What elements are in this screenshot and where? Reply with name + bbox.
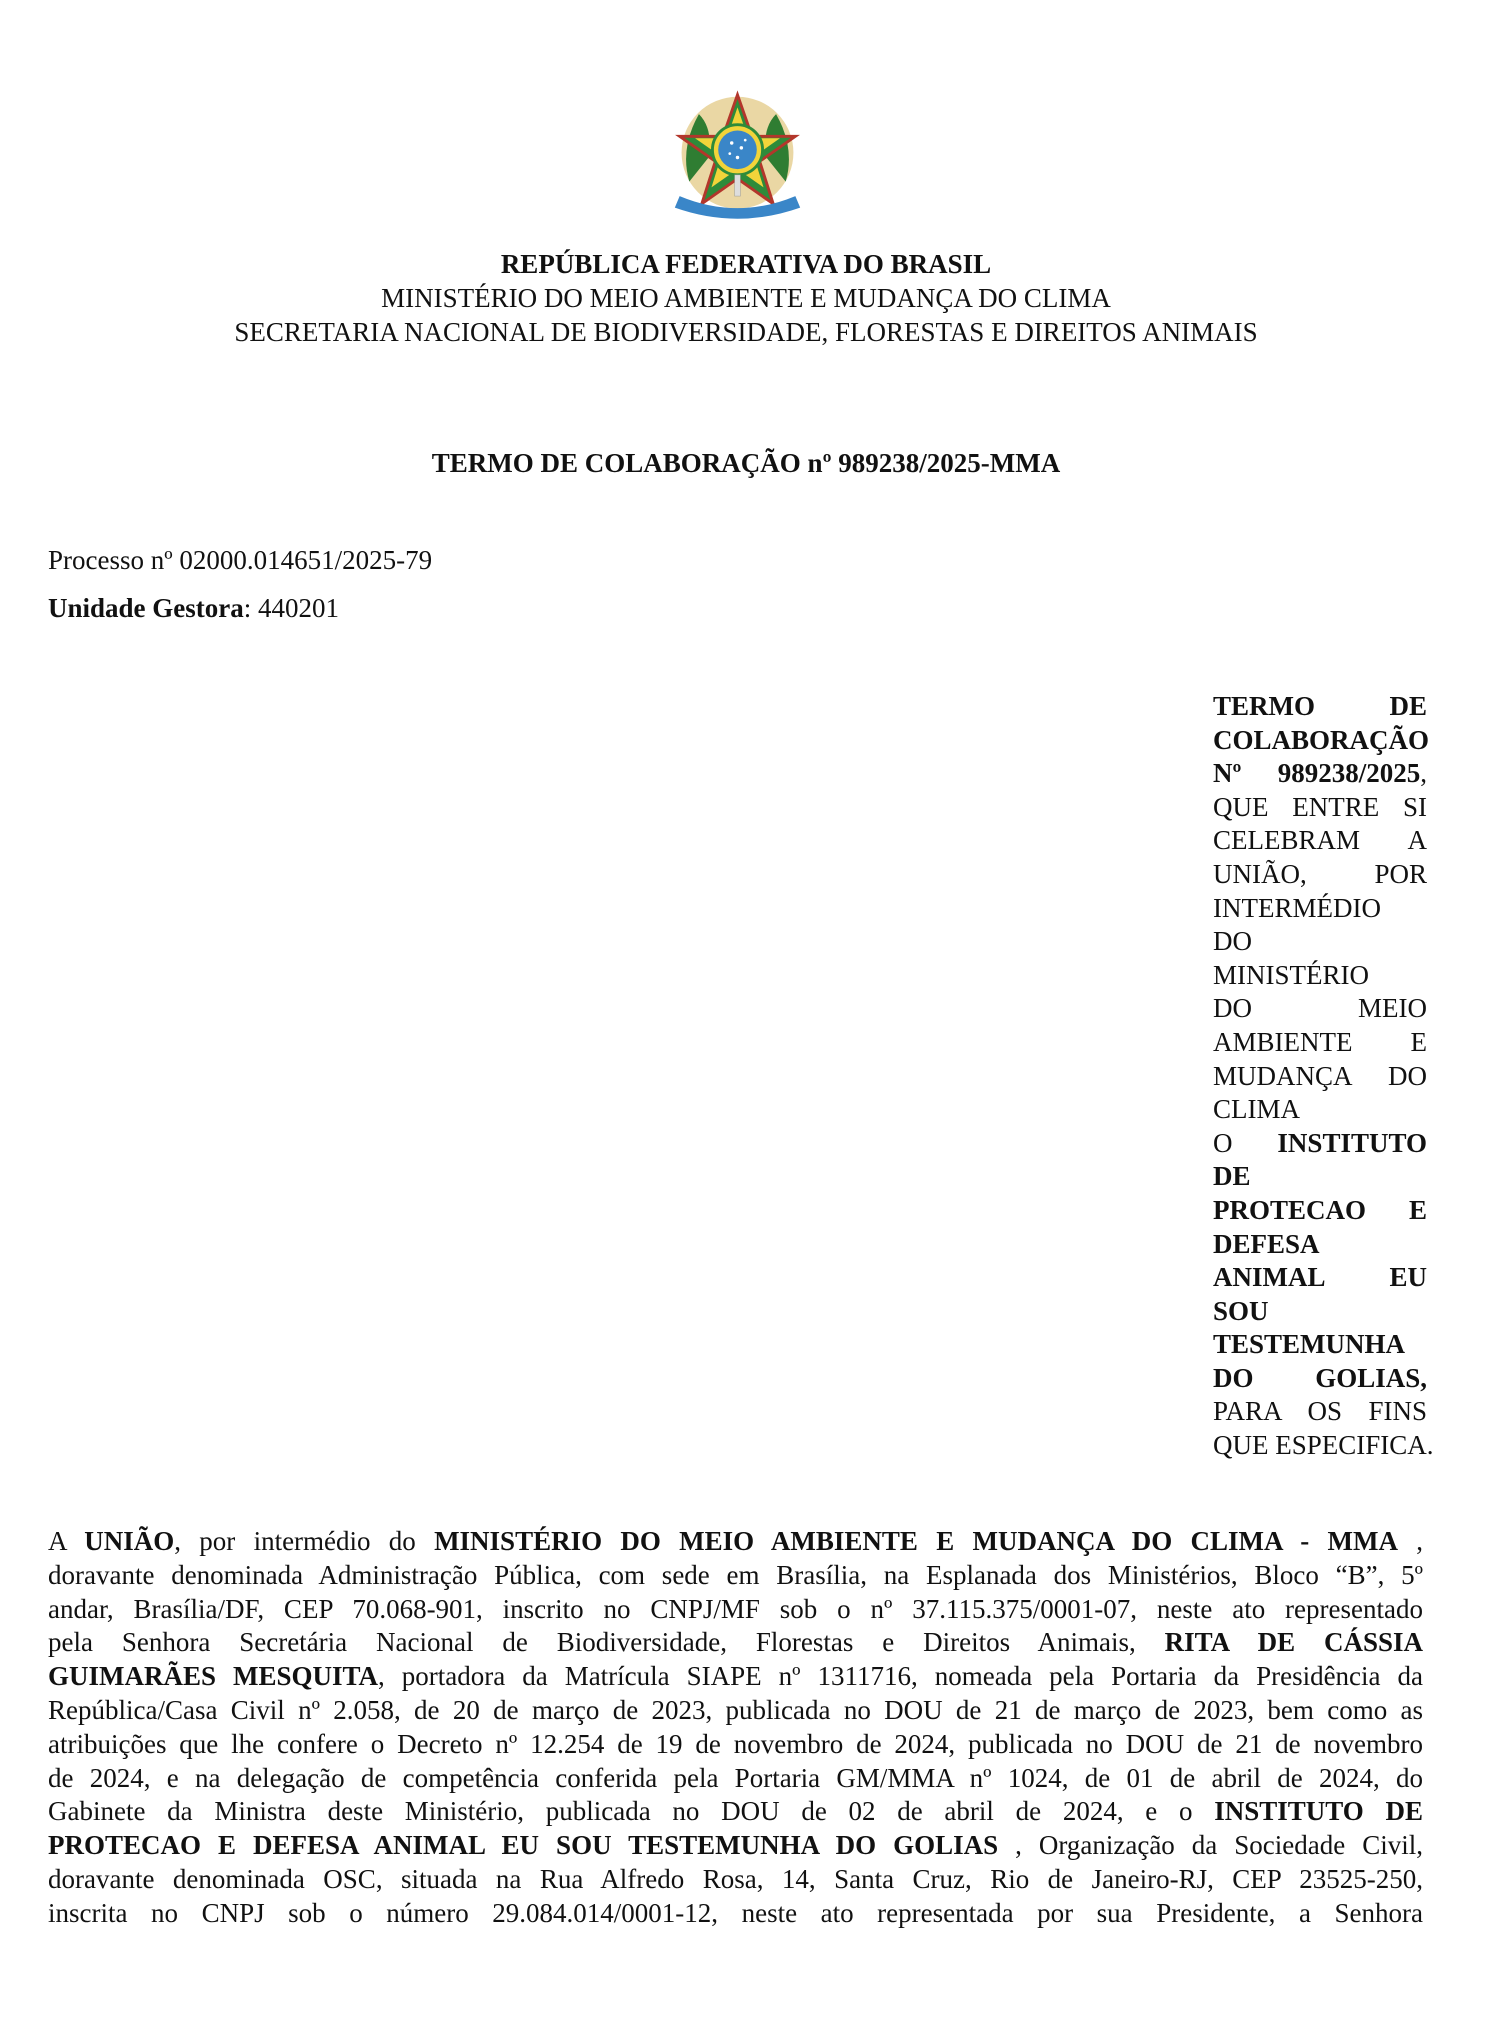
processo-label: Processo nº (48, 545, 173, 575)
header-ministry: MINISTÉRIO DO MEIO AMBIENTE E MUDANÇA DO… (0, 281, 1492, 315)
ementa-line: DE (1213, 1160, 1427, 1194)
unidade-gestora-value: 440201 (258, 593, 339, 623)
ementa-line: SOU (1213, 1295, 1427, 1329)
ementa-line: CLIMA (1213, 1093, 1427, 1127)
ementa-line: DO (1213, 925, 1427, 959)
processo-value: 02000.014651/2025-79 (179, 545, 432, 575)
paragraph-line: de 2024, e na delegação de competência c… (48, 1762, 1423, 1796)
ementa-line: MINISTÉRIO (1213, 959, 1427, 993)
ementa-line: DO MEIO (1213, 992, 1427, 1026)
preamble-paragraph: A UNIÃO, por intermédio do MINISTÉRIO DO… (48, 1525, 1423, 1931)
document-header: REPÚBLICA FEDERATIVA DO BRASIL MINISTÉRI… (0, 247, 1492, 349)
ementa-line: O INSTITUTO (1213, 1127, 1427, 1161)
ementa-line: QUE ESPECIFICA. (1213, 1429, 1427, 1463)
paragraph-line: doravante denominada OSC, situada na Rua… (48, 1863, 1423, 1897)
paragraph-line: pela Senhora Secretária Nacional de Biod… (48, 1626, 1423, 1660)
ementa-line: PARA OS FINS (1213, 1395, 1427, 1429)
paragraph-line: PROTECAO E DEFESA ANIMAL EU SOU TESTEMUN… (48, 1829, 1423, 1863)
ementa-line: CELEBRAM A (1213, 824, 1427, 858)
ementa-line: UNIÃO, POR (1213, 858, 1427, 892)
ementa-line: MUDANÇA DO (1213, 1060, 1427, 1094)
ementa-line: DEFESA (1213, 1228, 1427, 1262)
paragraph-line: República/Casa Civil nº 2.058, de 20 de … (48, 1694, 1423, 1728)
ementa-line: DO GOLIAS, (1213, 1362, 1427, 1396)
ementa-line: INTERMÉDIO (1213, 892, 1427, 926)
paragraph-line: A UNIÃO, por intermédio do MINISTÉRIO DO… (48, 1525, 1423, 1559)
document-title: TERMO DE COLABORAÇÃO nº 989238/2025-MMA (0, 448, 1492, 479)
header-republic: REPÚBLICA FEDERATIVA DO BRASIL (0, 247, 1492, 281)
ementa-line: Nº 989238/2025, (1213, 757, 1427, 791)
brazil-coat-of-arms-icon (660, 90, 815, 225)
paragraph-line: andar, Brasília/DF, CEP 70.068-901, insc… (48, 1593, 1423, 1627)
ementa-line: QUE ENTRE SI (1213, 791, 1427, 825)
ementa-line: COLABORAÇÃO (1213, 724, 1427, 758)
header-secretariat: SECRETARIA NACIONAL DE BIODIVERSIDADE, F… (0, 315, 1492, 349)
paragraph-line: Gabinete da Ministra deste Ministério, p… (48, 1795, 1423, 1829)
unidade-gestora-label: Unidade Gestora (48, 593, 244, 623)
ementa-line: TESTEMUNHA (1213, 1328, 1427, 1362)
ementa-line: TERMO DE (1213, 690, 1427, 724)
ementa-line: AMBIENTE E (1213, 1026, 1427, 1060)
unidade-gestora-line: Unidade Gestora: 440201 (48, 593, 339, 624)
processo-line: Processo nº 02000.014651/2025-79 (48, 545, 432, 576)
ementa-line: PROTECAO E (1213, 1194, 1427, 1228)
paragraph-line: doravante denominada Administração Públi… (48, 1559, 1423, 1593)
paragraph-line: GUIMARÃES MESQUITA, portadora da Matrícu… (48, 1660, 1423, 1694)
ementa-block: TERMO DECOLABORAÇÃONº 989238/2025,QUE EN… (1213, 690, 1427, 1463)
paragraph-line: atribuições que lhe confere o Decreto nº… (48, 1728, 1423, 1762)
ementa-line: ANIMAL EU (1213, 1261, 1427, 1295)
paragraph-line: inscrita no CNPJ sob o número 29.084.014… (48, 1897, 1423, 1931)
